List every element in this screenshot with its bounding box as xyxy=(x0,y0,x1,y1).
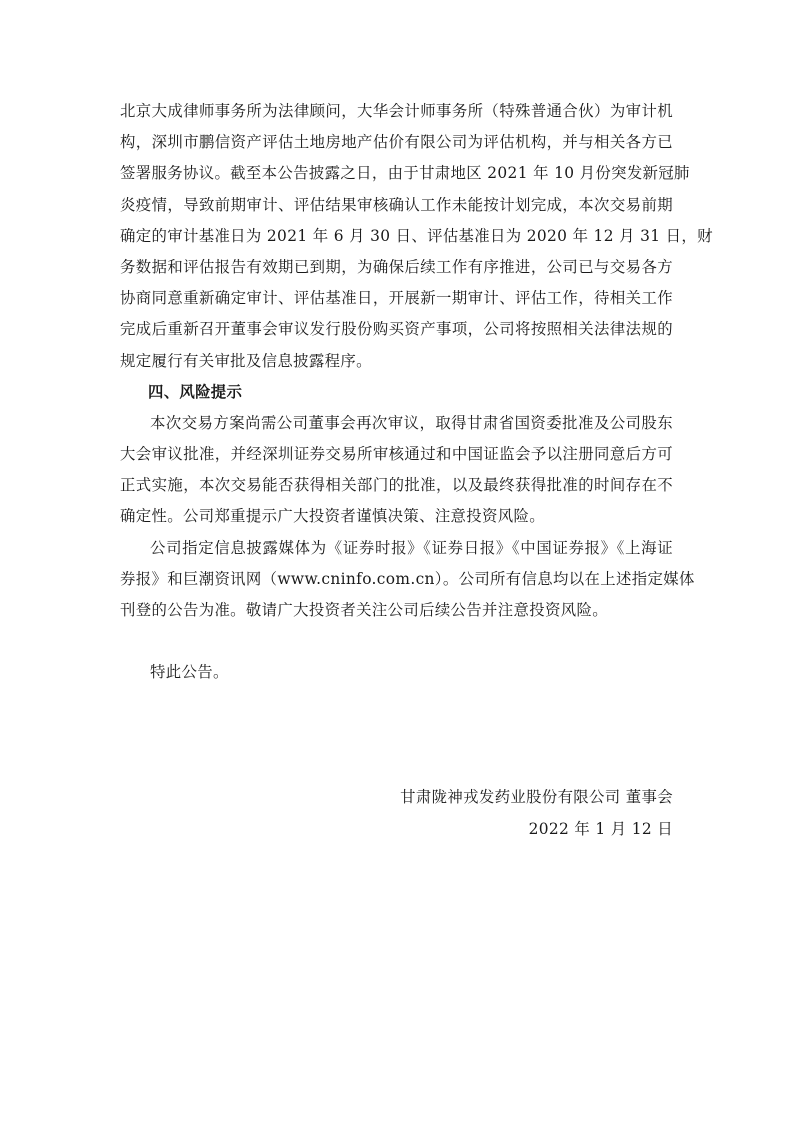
spacer xyxy=(120,626,673,657)
text-line: 构，深圳市鹏信资产评估土地房地产估价有限公司为评估机构，并与相关各方已 xyxy=(120,127,673,158)
signature-date: 2022 年 1 月 12 日 xyxy=(120,814,673,845)
closing-statement: 特此公告。 xyxy=(120,657,673,688)
text-line: 确定性。公司郑重提示广大投资者谨慎决策、注意投资风险。 xyxy=(120,501,673,532)
text-line: 确定的审计基准日为 2021 年 6 月 30 日、评估基准日为 2020 年 … xyxy=(120,221,673,252)
risk-paragraph-1: 本次交易方案尚需公司董事会再次审议，取得甘肃省国资委批准及公司股东 大会审议批准… xyxy=(120,408,673,533)
text-line: 刊登的公告为准。敬请广大投资者关注公司后续公告并注意投资风险。 xyxy=(120,595,673,626)
text-line: 大会审议批准，并经深圳证券交易所审核通过和中国证监会予以注册同意后方可 xyxy=(120,439,673,470)
text-line: 炎疫情，导致前期审计、评估结果审核确认工作未能按计划完成，本次交易前期 xyxy=(120,190,673,221)
text-line: 完成后重新召开董事会审议发行股份购买资产事项，公司将按照相关法律法规的 xyxy=(120,314,673,345)
text-line: 规定履行有关审批及信息披露程序。 xyxy=(120,346,673,377)
document-page: 北京大成律师事务所为法律顾问，大华会计师事务所（特殊普通合伙）为审计机 构，深圳… xyxy=(120,96,673,689)
text-line: 券报》和巨潮资讯网（www.cninfo.com.cn）。公司所有信息均以在上述… xyxy=(120,564,673,595)
text-line: 协商同意重新确定审计、评估基准日，开展新一期审计、评估工作，待相关工作 xyxy=(120,283,673,314)
risk-paragraph-2: 公司指定信息披露媒体为《证券时报》《证券日报》《中国证券报》《上海证 券报》和巨… xyxy=(120,533,673,627)
section-continuation: 北京大成律师事务所为法律顾问，大华会计师事务所（特殊普通合伙）为审计机 构，深圳… xyxy=(120,96,673,377)
text-line: 正式实施，本次交易能否获得相关部门的批准，以及最终获得批准的时间存在不 xyxy=(120,470,673,501)
text-line: 签署服务协议。截至本公告披露之日，由于甘肃地区 2021 年 10 月份突发新冠… xyxy=(120,158,673,189)
text-line: 务数据和评估报告有效期已到期，为确保后续工作有序推进，公司已与交易各方 xyxy=(120,252,673,283)
text-line: 北京大成律师事务所为法律顾问，大华会计师事务所（特殊普通合伙）为审计机 xyxy=(120,96,673,127)
text-line: 本次交易方案尚需公司董事会再次审议，取得甘肃省国资委批准及公司股东 xyxy=(120,408,673,439)
signature-organization: 甘肃陇神戎发药业股份有限公司 董事会 xyxy=(120,782,673,813)
text-line: 公司指定信息披露媒体为《证券时报》《证券日报》《中国证券报》《上海证 xyxy=(120,533,673,564)
section-heading-risk-warning: 四、风险提示 xyxy=(120,377,673,408)
